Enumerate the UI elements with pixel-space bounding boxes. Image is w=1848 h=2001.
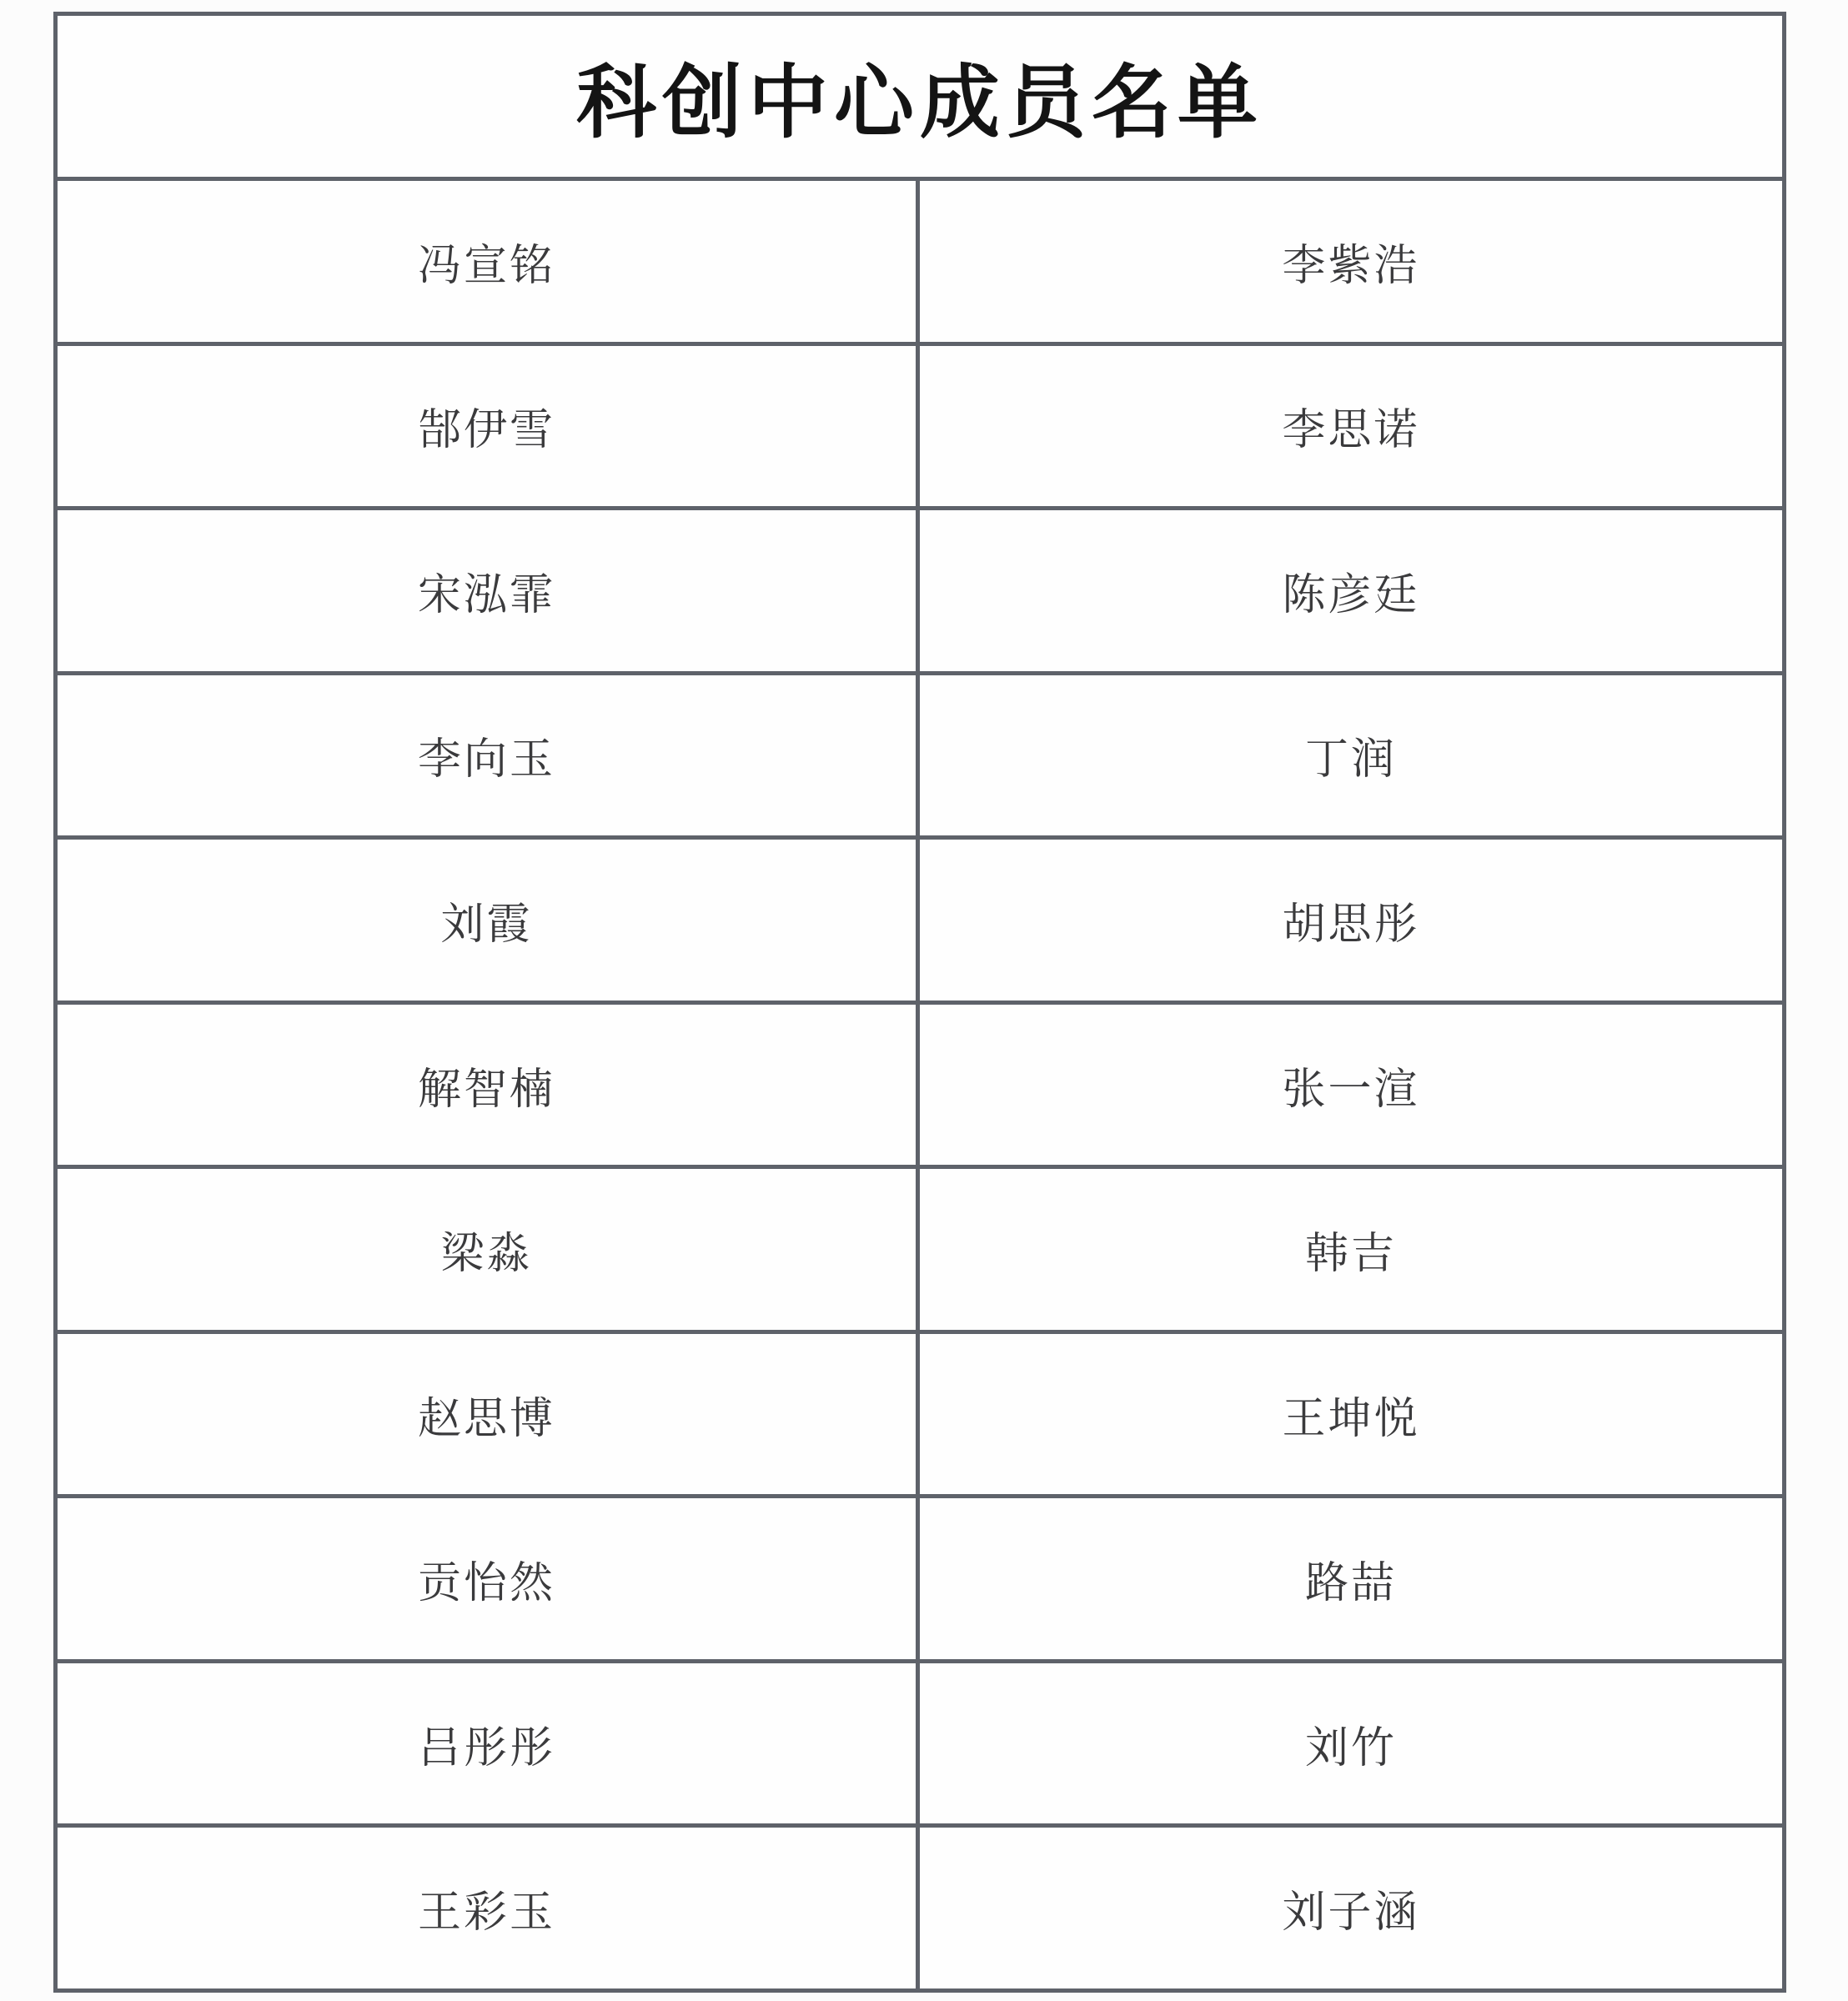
member-name-cell: 刘竹	[920, 1663, 1782, 1824]
member-name-cell: 韩吉	[920, 1169, 1782, 1330]
member-name-cell: 张一渲	[920, 1005, 1782, 1166]
table-row: 赵思博 王坤悦	[58, 1334, 1782, 1499]
table-row: 李向玉 丁润	[58, 675, 1782, 840]
member-name-cell: 赵思博	[58, 1334, 920, 1495]
table-row: 吕彤彤 刘竹	[58, 1663, 1782, 1828]
member-name-cell: 郜伊雪	[58, 346, 920, 507]
table-row: 冯宣铭 李紫浩	[58, 181, 1782, 346]
member-name-cell: 解智楠	[58, 1005, 920, 1166]
member-name-cell: 贡怡然	[58, 1498, 920, 1659]
member-name-cell: 冯宣铭	[58, 181, 920, 342]
member-name-cell: 路喆	[920, 1498, 1782, 1659]
table-row: 宋泓霏 陈彦廷	[58, 510, 1782, 675]
member-name-cell: 宋泓霏	[58, 510, 920, 671]
member-name-cell: 胡思彤	[920, 840, 1782, 1000]
table-row: 郜伊雪 李思诺	[58, 346, 1782, 511]
member-list-table: 科创中心成员名单 冯宣铭 李紫浩 郜伊雪 李思诺 宋泓霏 陈彦廷 李向玉 丁润 …	[53, 12, 1786, 1993]
member-name-cell: 李紫浩	[920, 181, 1782, 342]
member-name-cell: 李向玉	[58, 675, 920, 836]
table-row: 梁淼 韩吉	[58, 1169, 1782, 1334]
table-row: 刘霞 胡思彤	[58, 840, 1782, 1005]
table-row: 贡怡然 路喆	[58, 1498, 1782, 1663]
table-title-row: 科创中心成员名单	[58, 16, 1782, 181]
member-name-cell: 王彩玉	[58, 1828, 920, 1988]
member-name-cell: 吕彤彤	[58, 1663, 920, 1824]
table-title: 科创中心成员名单	[576, 39, 1263, 153]
member-name-cell: 李思诺	[920, 346, 1782, 507]
member-name-cell: 刘霞	[58, 840, 920, 1000]
table-row: 王彩玉 刘子涵	[58, 1828, 1782, 1988]
member-name-cell: 陈彦廷	[920, 510, 1782, 671]
member-name-cell: 梁淼	[58, 1169, 920, 1330]
member-name-cell: 刘子涵	[920, 1828, 1782, 1988]
member-name-cell: 王坤悦	[920, 1334, 1782, 1495]
table-row: 解智楠 张一渲	[58, 1005, 1782, 1170]
member-name-cell: 丁润	[920, 675, 1782, 836]
